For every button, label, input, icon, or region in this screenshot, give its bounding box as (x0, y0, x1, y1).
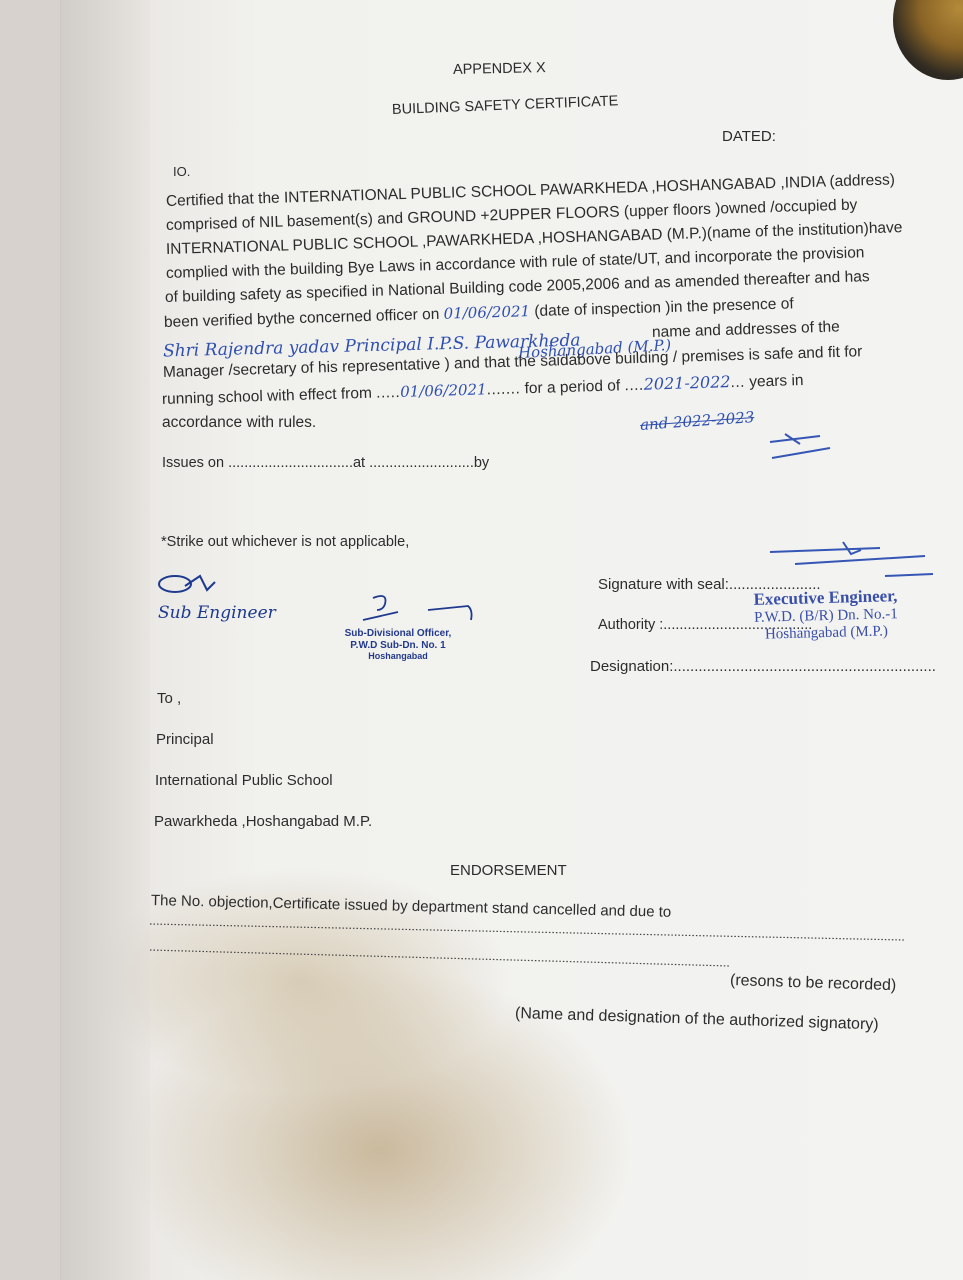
verified-prefix: been verified bythe concerned officer on (164, 306, 440, 331)
verified-suffix: (date of inspection )in the presence of (534, 295, 794, 320)
handwritten-effect-date: 01/06/2021 (400, 380, 487, 401)
address-line-school: International Public School (155, 772, 333, 789)
presence-suffix: name and addresses of the (652, 318, 840, 342)
address-to: To , (157, 690, 181, 707)
sdo-signature-icon (333, 590, 483, 630)
reasons-label: (resons to be recorded) (730, 972, 897, 995)
sdo-stamp: Sub-Divisional Officer, P.W.D Sub-Dn. No… (333, 628, 463, 661)
endorsement-text: The No. objection,Certificate issued by … (151, 892, 672, 921)
dotted-reason-lines (150, 920, 910, 980)
sub-engineer-signature-icon (155, 572, 225, 602)
effect-prefix: running school with effect from (162, 385, 372, 408)
issues-line: Issues on ..............................… (162, 455, 489, 471)
endorsement-title: ENDORSEMENT (450, 862, 567, 879)
sub-engineer-label: Sub Engineer (158, 603, 276, 623)
handwritten-period-amended: and 2022-2023 (640, 408, 755, 434)
sdo-stamp-line-1: Sub-Divisional Officer, (333, 628, 463, 640)
handwritten-inspection-date: 01/06/2021 (443, 302, 530, 323)
sdo-stamp-line-2: P.W.D Sub-Dn. No. 1 (333, 640, 463, 652)
address-line-principal: Principal (156, 731, 214, 748)
ee-signature-scribble-icon (765, 540, 935, 580)
accordance-line: accordance with rules. (162, 414, 316, 432)
signatory-label: (Name and designation of the authorized … (515, 1005, 879, 1034)
effect-suffix: years in (749, 372, 804, 391)
ee-stamp-line-3: Hoshangabad (M.P.) (754, 623, 898, 644)
address-line-place: Pawarkheda ,Hoshangabad M.P. (154, 813, 372, 830)
handwritten-period: 2021-2022 (643, 372, 730, 394)
strike-note: *Strike out whichever is not applicable, (161, 534, 409, 550)
effect-middle: for a period of (524, 377, 620, 397)
executive-engineer-stamp: Executive Engineer, P.W.D. (B/R) Dn. No.… (753, 586, 898, 644)
certificate-title: BUILDING SAFETY CERTIFICATE (392, 93, 619, 118)
certificate-document: APPENDEX X BUILDING SAFETY CERTIFICATE D… (0, 0, 963, 1280)
dated-label: DATED: (722, 128, 776, 145)
designation-label: Designation:............................… (590, 658, 936, 675)
number-label: IO. (173, 164, 190, 179)
appendix-label: APPENDEX X (453, 60, 546, 78)
initials-scribble-icon (760, 430, 840, 470)
sdo-stamp-line-3: Hoshangabad (333, 651, 463, 661)
